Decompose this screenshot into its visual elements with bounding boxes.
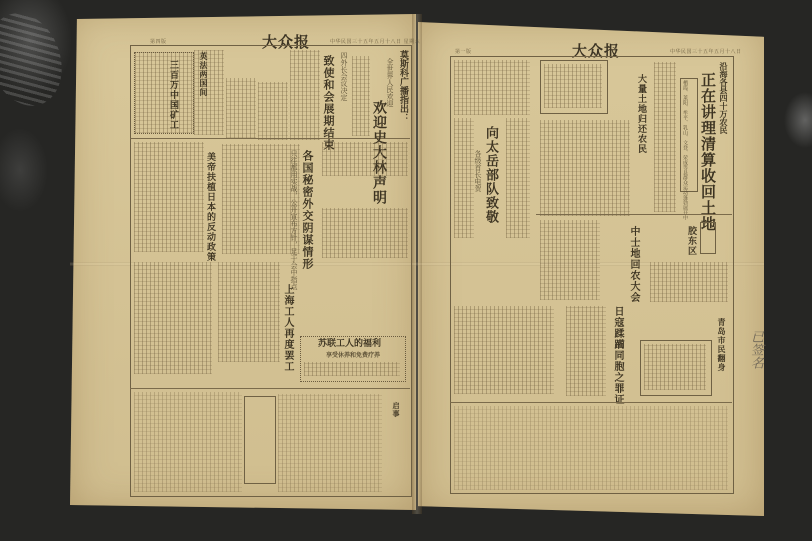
headline-seventh-right: 青岛市民翻身 <box>718 318 726 372</box>
headline-fourth-right: 中士地回农大会 <box>628 226 638 303</box>
divider <box>536 214 732 215</box>
right-page-label: 第一版 <box>455 48 472 55</box>
lead-kicker-left: 莫斯科广播指出： <box>398 50 407 122</box>
article-block <box>226 78 256 138</box>
headline-seventh: 三百万中国矿工 <box>168 60 177 130</box>
article-block <box>566 306 606 396</box>
divider <box>130 388 410 389</box>
article-block <box>650 262 728 302</box>
ad-block <box>278 394 382 492</box>
article-block <box>134 52 194 134</box>
ad-block <box>454 406 728 490</box>
boxed-label <box>700 222 716 254</box>
left-page-label: 第四版 <box>150 38 167 45</box>
article-block <box>258 82 288 140</box>
ad-block <box>134 392 242 492</box>
headline-second-right-sub: 各级首长电贺 <box>474 150 481 192</box>
headline-sixth: 苏联工人的福利 <box>318 336 381 349</box>
article-block <box>352 56 370 136</box>
left-dateline: 中华民国三十五年五月十八日 星期六 <box>330 38 420 45</box>
article-block <box>454 118 474 238</box>
article-block <box>290 50 320 140</box>
headline-third: 各国秘密外交阴谋情形 <box>302 150 313 270</box>
article-block <box>540 120 630 216</box>
article-block <box>454 60 530 115</box>
headline-sixth-right: 日寇蹂躏同胞之罪证 <box>612 306 622 405</box>
headline-eighth: 英法两国间 <box>200 52 208 97</box>
article-block <box>540 220 600 300</box>
article-block <box>644 344 706 390</box>
headline-second: 致使和会展期结束 <box>323 55 334 151</box>
headline-third-sub: 只往都用实战，公开宣布方针，足于会中指点 <box>290 150 297 290</box>
lead-sub-right: 栖霞、莱阳、牟平、乳山、文登、荣成等县群众运动蓬勃展开中 <box>682 80 687 220</box>
article-block <box>506 118 530 238</box>
article-block <box>654 62 676 212</box>
right-dateline: 中华民国三十五年五月十八日 <box>670 48 742 55</box>
lead-headline-right: 正在讲理清算收回土地 <box>700 72 715 232</box>
headline-second-kicker: 四外长会议决定 <box>340 52 347 101</box>
article-block <box>218 262 280 362</box>
headline-fourth: 美帝扶植日本的反动政策 <box>205 152 214 262</box>
article-block <box>134 262 212 374</box>
lead-kicker-right: 沿海各县四十万农民 <box>720 62 728 134</box>
article-block <box>304 362 400 376</box>
article-block <box>322 142 408 176</box>
lead-sub-left: 全世界人民欢迎 <box>386 58 393 107</box>
article-block <box>134 142 204 252</box>
notice-label: 启事 <box>393 402 400 418</box>
headline-fifth: 上海工人再度罢工 <box>282 284 292 372</box>
handwritten-note: 已签名 <box>746 330 765 369</box>
headline-second-right: 向太岳部队致敬 <box>484 126 497 224</box>
headline-third-right: 大量土地归还农民 <box>636 74 645 154</box>
article-block <box>222 144 300 254</box>
headline-sixth-sub: 享受休养和免费疗养 <box>326 350 380 359</box>
ad-box <box>244 396 276 484</box>
divider <box>130 138 410 139</box>
headline-fifth-right: 胶东区 <box>686 226 695 256</box>
article-block <box>454 306 554 394</box>
divider <box>450 402 732 403</box>
article-block <box>322 208 408 258</box>
article-block <box>544 64 602 108</box>
